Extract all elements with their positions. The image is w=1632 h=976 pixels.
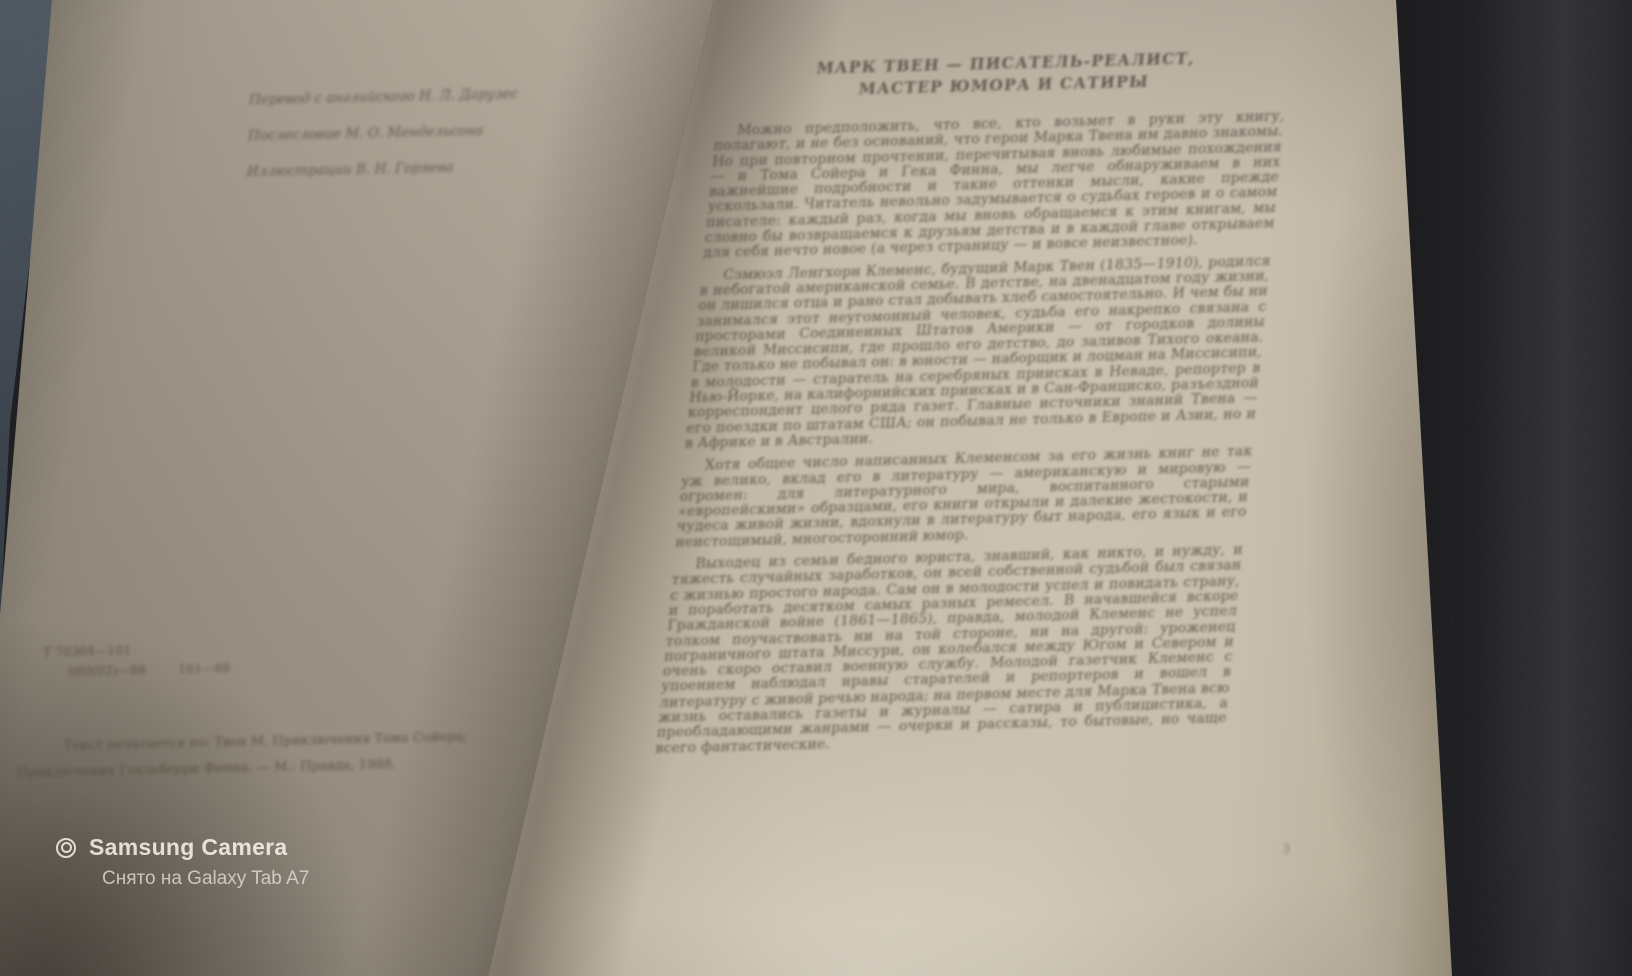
camera-watermark: Samsung Camera Снято на Galaxy Tab A7 (56, 834, 309, 890)
article-body: Можно предположить, что все, кто возьмет… (655, 109, 1286, 757)
imprint-block: Текст печатается по: Твен М. Приключения… (17, 721, 619, 787)
samsung-camera-logo-icon (56, 838, 76, 858)
watermark-row: Samsung Camera (56, 834, 309, 861)
page-number: 3 (1282, 842, 1290, 857)
catalog-code-line3: 101—88 (178, 660, 231, 676)
article-paragraph: Выходец из семьи бедного юриста, знавший… (655, 543, 1244, 757)
edition-credits: Перевод с английского Н. Л. Дарузес Посл… (246, 75, 580, 190)
right-page-content: МАРК ТВЕН — ПИСАТЕЛЬ-РЕАЛИСТ, МАСТЕР ЮМО… (654, 45, 1292, 764)
article-paragraph: Сэмюэл Ленгхорн Клеменс, будущий Марк Тв… (684, 254, 1271, 452)
watermark-device: Снято на Galaxy Tab A7 (102, 868, 309, 890)
photo-of-open-book: Перевод с английского Н. Л. Дарузес Посл… (0, 0, 1632, 976)
article-paragraph: Хотя общее число написанных Клеменсом за… (675, 444, 1253, 551)
credit-illustrator: Иллюстрации В. Н. Горяева (246, 147, 577, 190)
catalog-code-block: Т 70304—101 080(02)—88 101—88 (42, 638, 232, 682)
watermark-app-name: Samsung Camera (89, 834, 288, 861)
article-paragraph: Можно предположить, что все, кто возьмет… (703, 109, 1286, 261)
left-page-content: Перевод с английского Н. Л. Дарузес Посл… (0, 0, 701, 976)
catalog-code-line2: 080(02)—88 101—88 (68, 658, 231, 682)
